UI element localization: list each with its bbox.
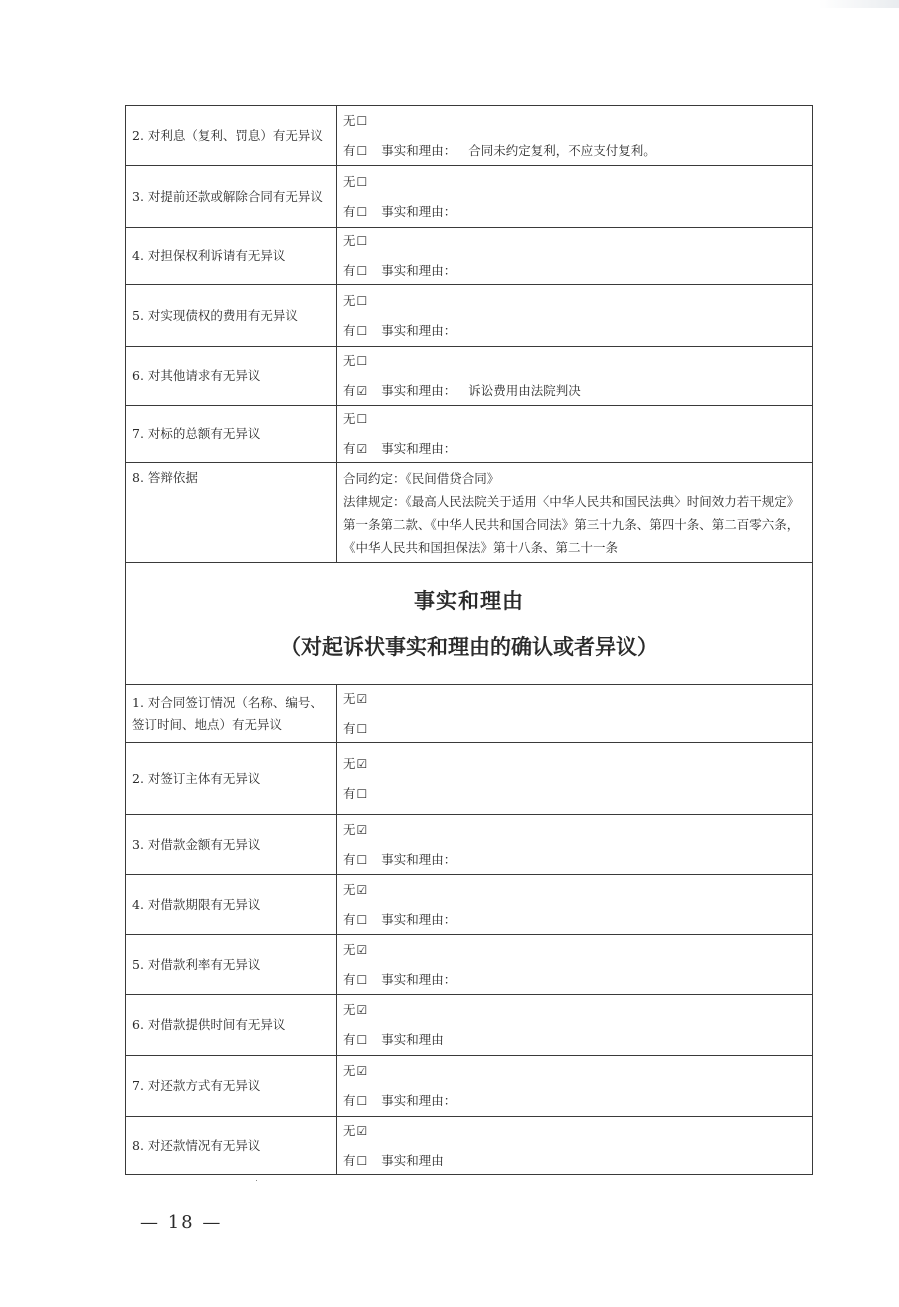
reason-label: 事实和理由： [381,380,456,402]
row-label: 3. 对借款金额有无异议 [126,815,337,875]
option-yes[interactable]: 有☐事实和理由： [343,849,806,871]
option-no[interactable]: 无☐ [343,110,806,132]
unchecked-box-icon[interactable]: ☐ [357,320,368,342]
option-no-label: 无 [343,290,356,312]
option-yes[interactable]: 有☐事实和理由： [343,260,806,282]
option-no[interactable]: 无☑ [343,879,806,901]
row-options: 无☑ 有☐事实和理由： [337,1056,813,1117]
fact-row: 2. 对签订主体有无异议 无☑ 有☐ [126,743,813,815]
basis-section: 8. 答辩依据 合同约定：《民间借贷合同》 法律规定：《最高人民法院关于适用〈中… [126,463,813,685]
reason-label: 事实和理由： [381,849,456,871]
option-yes[interactable]: 有☐事实和理由 [343,1029,806,1051]
option-no[interactable]: 无☐ [343,350,806,372]
row-options: 无☐ 有☐事实和理由： [337,285,813,347]
option-no-label: 无 [343,230,356,252]
unchecked-box-icon[interactable]: ☐ [357,140,368,162]
option-yes-label: 有 [343,1150,356,1172]
row-label: 5. 对借款利率有无异议 [126,935,337,995]
option-yes-label: 有 [343,201,356,223]
claims-section: 2. 对利息（复利、罚息）有无异议 无☐ 有☐事实和理由：合同未约定复利，不应支… [126,106,813,463]
row-options: 无☐ 有☐事实和理由： [337,228,813,285]
checked-box-icon[interactable]: ☑ [357,879,368,901]
option-yes[interactable]: 有☐事实和理由：合同未约定复利，不应支付复利。 [343,140,806,162]
unchecked-box-icon[interactable]: ☐ [357,969,368,991]
basis-content: 合同约定：《民间借贷合同》 法律规定：《最高人民法院关于适用〈中华人民共和国民法… [337,463,813,563]
basis-law: 法律规定：《最高人民法院关于适用〈中华人民共和国民法典〉时间效力若干规定》第一条… [343,490,806,559]
unchecked-box-icon[interactable]: ☐ [357,849,368,871]
fact-row: 4. 对借款期限有无异议 无☑ 有☐事实和理由： [126,875,813,935]
checked-box-icon[interactable]: ☑ [357,1060,368,1082]
option-no[interactable]: 无☐ [343,230,806,252]
row-label: 5. 对实现债权的费用有无异议 [126,285,337,347]
checked-box-icon[interactable]: ☑ [357,1120,368,1142]
option-yes[interactable]: 有☐事实和理由： [343,1090,806,1112]
reason-text: 诉讼费用由法院判决 [468,380,581,402]
reason-label: 事实和理由： [381,320,456,342]
option-no-label: 无 [343,753,356,775]
option-no[interactable]: 无☐ [343,290,806,312]
row-label: 7. 对标的总额有无异议 [126,406,337,463]
checked-box-icon[interactable]: ☑ [357,688,368,710]
section-title: 事实和理由 [126,585,812,617]
reason-label: 事实和理由： [381,260,456,282]
row-options: 无☑ 有☐事实和理由： [337,935,813,995]
option-yes[interactable]: 有☐事实和理由： [343,201,806,223]
option-no[interactable]: 无☐ [343,171,806,193]
checked-box-icon[interactable]: ☑ [357,939,368,961]
unchecked-box-icon[interactable]: ☐ [357,1029,368,1051]
option-no[interactable]: 无☑ [343,819,806,841]
fact-row: 7. 对还款方式有无异议 无☑ 有☐事实和理由： [126,1056,813,1117]
unchecked-box-icon[interactable]: ☐ [357,1090,368,1112]
claim-row: 6. 对其他请求有无异议 无☐ 有☑事实和理由：诉讼费用由法院判决 [126,347,813,406]
row-options: 无☐ 有☑事实和理由：诉讼费用由法院判决 [337,347,813,406]
option-yes-label: 有 [343,260,356,282]
unchecked-box-icon[interactable]: ☐ [357,171,368,193]
unchecked-box-icon[interactable]: ☐ [357,110,368,132]
unchecked-box-icon[interactable]: ☐ [357,718,368,740]
checked-box-icon[interactable]: ☑ [357,999,368,1021]
fact-row: 1. 对合同签订情况（名称、编号、签订时间、地点）有无异议 无☑ 有☐ [126,685,813,743]
claim-row: 4. 对担保权利诉请有无异议 无☐ 有☐事实和理由： [126,228,813,285]
unchecked-box-icon[interactable]: ☐ [357,1150,368,1172]
option-yes-label: 有 [343,718,356,740]
defense-form-table: 2. 对利息（复利、罚息）有无异议 无☐ 有☐事实和理由：合同未约定复利，不应支… [125,105,813,1175]
option-no-label: 无 [343,1060,356,1082]
option-yes-label: 有 [343,783,356,805]
option-no[interactable]: 无☑ [343,1120,806,1142]
option-yes[interactable]: 有☐ [343,718,806,740]
reason-label: 事实和理由： [381,909,456,931]
checked-box-icon[interactable]: ☑ [357,753,368,775]
option-yes[interactable]: 有☐事实和理由 [343,1150,806,1172]
row-label: 8. 对还款情况有无异议 [126,1117,337,1175]
option-yes-label: 有 [343,1029,356,1051]
row-options: 无☐ 有☐事实和理由：合同未约定复利，不应支付复利。 [337,106,813,166]
unchecked-box-icon[interactable]: ☐ [357,230,368,252]
unchecked-box-icon[interactable]: ☐ [357,260,368,282]
row-label: 4. 对担保权利诉请有无异议 [126,228,337,285]
basis-label: 8. 答辩依据 [126,463,337,563]
row-options: 无☑ 有☐事实和理由 [337,1117,813,1175]
option-no[interactable]: 无☑ [343,753,806,775]
unchecked-box-icon[interactable]: ☐ [357,408,368,430]
option-yes[interactable]: 有☐事实和理由： [343,969,806,991]
row-options: 无☑ 有☐事实和理由 [337,995,813,1056]
row-label: 2. 对签订主体有无异议 [126,743,337,815]
fact-row: 8. 对还款情况有无异议 无☑ 有☐事实和理由 [126,1117,813,1175]
reason-label: 事实和理由 [381,1150,444,1172]
option-no-label: 无 [343,110,356,132]
option-no[interactable]: 无☑ [343,688,806,710]
option-no[interactable]: 无☐ [343,408,806,430]
option-no-label: 无 [343,879,356,901]
scan-edge-shade [819,0,899,8]
row-label: 6. 对其他请求有无异议 [126,347,337,406]
option-yes-label: 有 [343,438,356,460]
option-yes-label: 有 [343,969,356,991]
reason-label: 事实和理由： [381,1090,456,1112]
option-yes-label: 有 [343,320,356,342]
option-yes[interactable]: 有☐ [343,783,806,805]
unchecked-box-icon[interactable]: ☐ [357,201,368,223]
row-label: 4. 对借款期限有无异议 [126,875,337,935]
fact-row: 5. 对借款利率有无异议 无☑ 有☐事实和理由： [126,935,813,995]
option-no-label: 无 [343,171,356,193]
claim-row: 3. 对提前还款或解除合同有无异议 无☐ 有☐事实和理由： [126,166,813,228]
reason-text: 合同未约定复利，不应支付复利。 [468,140,656,162]
option-no-label: 无 [343,819,356,841]
option-no-label: 无 [343,688,356,710]
section-header-row: 事实和理由 （对起诉状事实和理由的确认或者异议） [126,563,813,685]
option-no-label: 无 [343,350,356,372]
claim-row: 7. 对标的总额有无异议 无☐ 有☑事实和理由： [126,406,813,463]
reason-label: 事实和理由： [381,201,456,223]
checked-box-icon[interactable]: ☑ [357,819,368,841]
option-yes-label: 有 [343,1090,356,1112]
option-no-label: 无 [343,999,356,1021]
reason-label: 事实和理由： [381,969,456,991]
option-yes-label: 有 [343,909,356,931]
row-options: 无☑ 有☐ [337,743,813,815]
row-options: 无☐ 有☐事实和理由： [337,166,813,228]
option-no[interactable]: 无☑ [343,939,806,961]
option-yes-label: 有 [343,849,356,871]
claim-row: 5. 对实现债权的费用有无异议 无☐ 有☐事实和理由： [126,285,813,347]
unchecked-box-icon[interactable]: ☐ [357,783,368,805]
fact-row: 3. 对借款金额有无异议 无☑ 有☐事实和理由： [126,815,813,875]
row-options: 无☑ 有☐事实和理由： [337,875,813,935]
unchecked-box-icon[interactable]: ☐ [357,350,368,372]
section-header: 事实和理由 （对起诉状事实和理由的确认或者异议） [126,563,813,685]
row-label: 6. 对借款提供时间有无异议 [126,995,337,1056]
facts-section: 1. 对合同签订情况（名称、编号、签订时间、地点）有无异议 无☑ 有☐ 2. 对… [126,685,813,1175]
scan-speck [256,1180,257,1181]
unchecked-box-icon[interactable]: ☐ [357,909,368,931]
checked-box-icon[interactable]: ☑ [357,380,368,402]
option-no[interactable]: 无☑ [343,999,806,1021]
row-label: 3. 对提前还款或解除合同有无异议 [126,166,337,228]
option-no[interactable]: 无☑ [343,1060,806,1082]
row-label: 1. 对合同签订情况（名称、编号、签订时间、地点）有无异议 [126,685,337,743]
option-no-label: 无 [343,1120,356,1142]
fact-row: 6. 对借款提供时间有无异议 无☑ 有☐事实和理由 [126,995,813,1056]
option-yes[interactable]: 有☑事实和理由： [343,438,806,460]
row-label: 7. 对还款方式有无异议 [126,1056,337,1117]
checked-box-icon[interactable]: ☑ [357,438,368,460]
basis-contract: 合同约定：《民间借贷合同》 [343,467,806,490]
row-options: 无☑ 有☐事实和理由： [337,815,813,875]
reason-label: 事实和理由： [381,140,456,162]
option-yes-label: 有 [343,380,356,402]
unchecked-box-icon[interactable]: ☐ [357,290,368,312]
reason-label: 事实和理由 [381,1029,444,1051]
option-no-label: 无 [343,939,356,961]
row-label: 2. 对利息（复利、罚息）有无异议 [126,106,337,166]
option-yes[interactable]: 有☐事实和理由： [343,909,806,931]
section-subtitle: （对起诉状事实和理由的确认或者异议） [126,631,812,663]
claim-row: 2. 对利息（复利、罚息）有无异议 无☐ 有☐事实和理由：合同未约定复利，不应支… [126,106,813,166]
option-no-label: 无 [343,408,356,430]
page-number: — 18 — [140,1212,222,1233]
row-options: 无☐ 有☑事实和理由： [337,406,813,463]
reason-label: 事实和理由： [381,438,456,460]
option-yes[interactable]: 有☐事实和理由： [343,320,806,342]
basis-row: 8. 答辩依据 合同约定：《民间借贷合同》 法律规定：《最高人民法院关于适用〈中… [126,463,813,563]
option-yes[interactable]: 有☑事实和理由：诉讼费用由法院判决 [343,380,806,402]
option-yes-label: 有 [343,140,356,162]
row-options: 无☑ 有☐ [337,685,813,743]
